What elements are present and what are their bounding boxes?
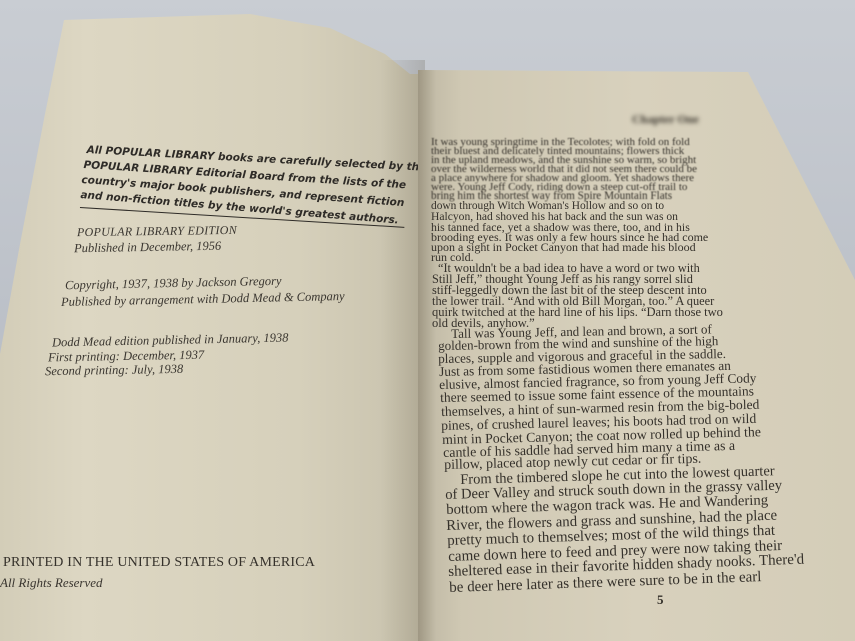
left-page-copyright xyxy=(0,14,425,641)
edition-published: Published in December, 1956 xyxy=(74,239,221,257)
printing-line: Second printing: July, 1938 xyxy=(45,362,183,379)
rights-line: All Rights Reserved xyxy=(0,575,103,591)
page-number: 5 xyxy=(657,592,664,608)
edition-title: POPULAR LIBRARY EDITION xyxy=(77,223,237,240)
chapter-heading: Chapter One xyxy=(632,112,699,127)
printed-in-line: PRINTED IN THE UNITED STATES OF AMERICA xyxy=(3,555,315,571)
